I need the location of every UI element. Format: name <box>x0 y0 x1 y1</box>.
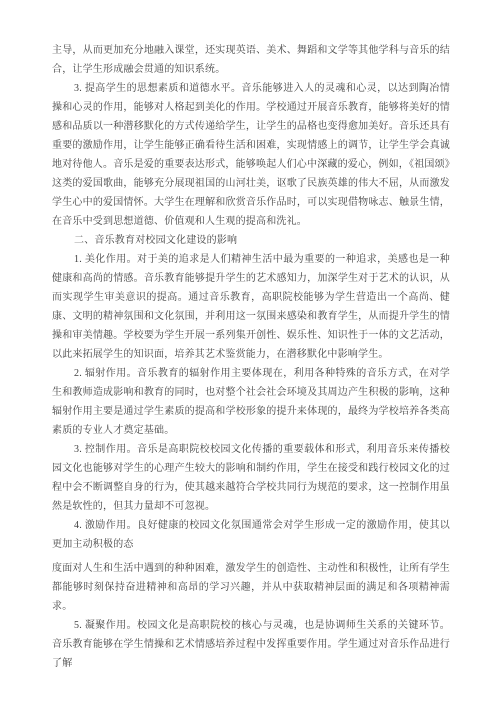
paragraph: 1. 美化作用。对于美的追求是人们精神生活中最为重要的一种追求，美感也是一种健康… <box>52 250 450 364</box>
section-heading: 二、音乐教育对校园文化建设的影响 <box>52 231 450 250</box>
document-page: 主导，从而更加充分地融入课堂，还实现英语、美术、舞蹈和文学等其他学科与音乐的结合… <box>0 0 500 707</box>
paragraph: 度面对人生和生活中遇到的种种困难，激发学生的创造性、主动性和积极性，让所有学生都… <box>52 559 450 616</box>
paragraph: 4. 激励作用。良好健康的校园文化氛围通常会对学生形成一定的激励作用，使其以更加… <box>52 516 450 554</box>
paragraph: 5. 凝聚作用。校园文化是高职院校的核心与灵魂，也是协调师生关系的关键环节。音乐… <box>52 616 450 673</box>
paragraph: 主导，从而更加充分地融入课堂，还实现英语、美术、舞蹈和文学等其他学科与音乐的结合… <box>52 41 450 79</box>
paragraph: 2. 辐射作用。音乐教育的辐射作用主要体现在，利用各种特殊的音乐方式，在对学生和… <box>52 364 450 440</box>
paragraph: 3. 提高学生的思想素质和道德水平。音乐能够进入人的灵魂和心灵，以达到陶冶情操和… <box>52 79 450 231</box>
paragraph: 3. 控制作用。音乐是高职院校校园文化传播的重要载体和形式，利用音乐来传播校园文… <box>52 440 450 516</box>
document-body: 主导，从而更加充分地融入课堂，还实现英语、美术、舞蹈和文学等其他学科与音乐的结合… <box>52 41 450 673</box>
